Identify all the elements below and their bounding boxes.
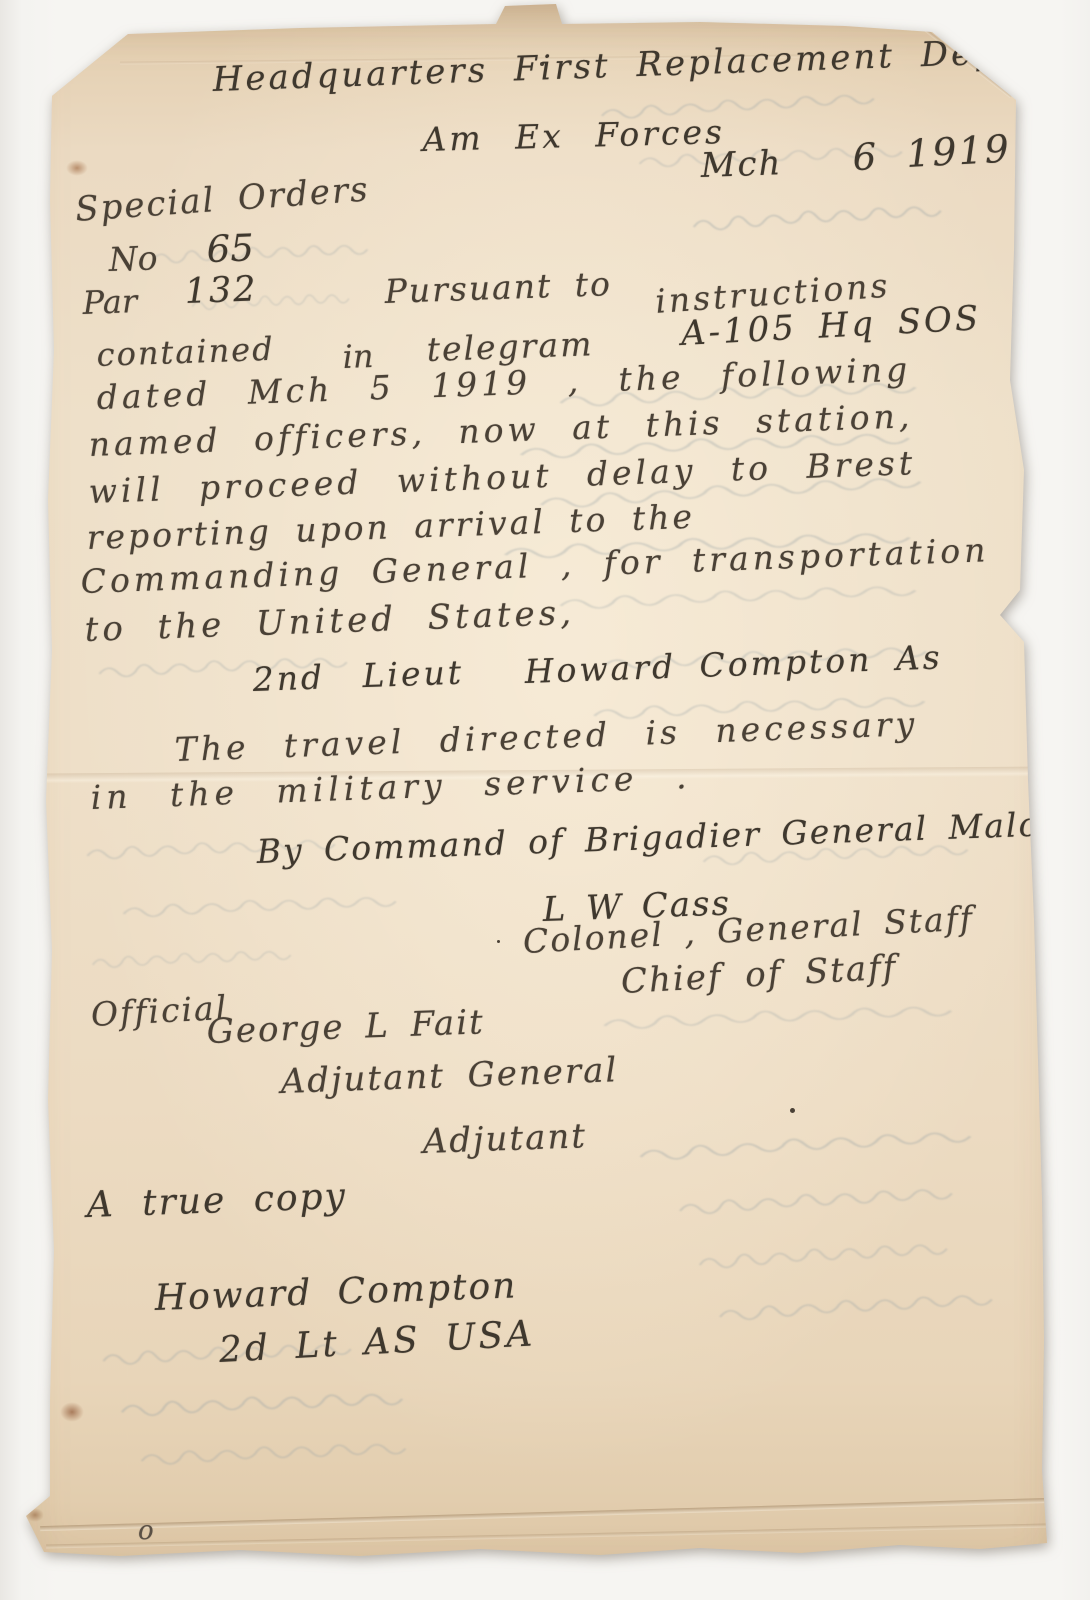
- ghost-writing-mark: [600, 997, 1021, 1036]
- ghost-writing-mark: [138, 1435, 459, 1472]
- fait-title-2: Adjutant: [422, 1116, 588, 1162]
- fait-title-1: Adjutant General: [280, 1050, 619, 1102]
- compton-rank: 2d Lt AS USA: [218, 1313, 536, 1370]
- ghost-writing-mark: [716, 1285, 1047, 1328]
- ghost-writing-mark: [150, 237, 411, 270]
- fold-crease-bottom-2: [46, 1524, 1046, 1549]
- ghost-writing-mark: [120, 888, 451, 924]
- body-line-1a: Pursuant to: [384, 264, 612, 311]
- officer-rank: 2nd Lieut: [252, 653, 465, 699]
- stain-spot: [66, 160, 88, 176]
- date-month: Mch: [700, 143, 783, 186]
- body-line-8: to the United States,: [84, 593, 576, 650]
- compton-signature: Howard Compton: [154, 1265, 518, 1319]
- header-line-1: Headquarters First Replacement Depot: [212, 31, 1040, 100]
- folded-corner: [0, 0, 140, 110]
- fold-crease-bottom: [40, 1498, 1050, 1531]
- ghost-writing-mark: [676, 1179, 1007, 1222]
- paragraph-value: 132: [184, 269, 258, 312]
- ghost-writing-mark: [118, 1384, 459, 1424]
- command-line: By Command of Brigadier General Malone: [256, 803, 1086, 871]
- order-number-value: 65: [206, 226, 255, 271]
- officer-name: Howard Compton As: [524, 637, 943, 691]
- date-day: 6: [852, 135, 877, 179]
- cass-title-2: Chief of Staff: [620, 948, 898, 1002]
- date-year: 1919: [905, 127, 1012, 176]
- ghost-writing-mark: [556, 577, 987, 616]
- order-number-label: No: [108, 238, 158, 279]
- ghost-writing-mark: [90, 944, 331, 974]
- header-line-2: Am Ex Forces: [422, 112, 725, 159]
- ghost-writing-mark: [696, 1234, 997, 1276]
- stain-spot: [60, 1402, 84, 1422]
- ghost-writing-mark: [690, 196, 991, 238]
- travel-line-1: The travel directed is necessary: [174, 704, 919, 769]
- special-orders-label: Special Orders: [74, 169, 371, 229]
- ink-speck: [790, 1108, 795, 1113]
- paper-shadow-wrap: o H: [0, 0, 1090, 1600]
- fait-signature: George L Fait: [206, 1002, 485, 1052]
- true-copy-label: A true copy: [86, 1176, 348, 1226]
- pen-mark: o: [138, 1516, 154, 1546]
- body-line-2a: contained: [96, 330, 275, 374]
- ink-speck: [497, 940, 500, 943]
- paragraph-label: Par: [82, 282, 138, 322]
- paper-sheet: o H: [0, 0, 1090, 1600]
- scanned-document: o H: [0, 0, 1090, 1600]
- ghost-writing-mark: [636, 1121, 1037, 1168]
- stain-spot: [26, 1508, 44, 1522]
